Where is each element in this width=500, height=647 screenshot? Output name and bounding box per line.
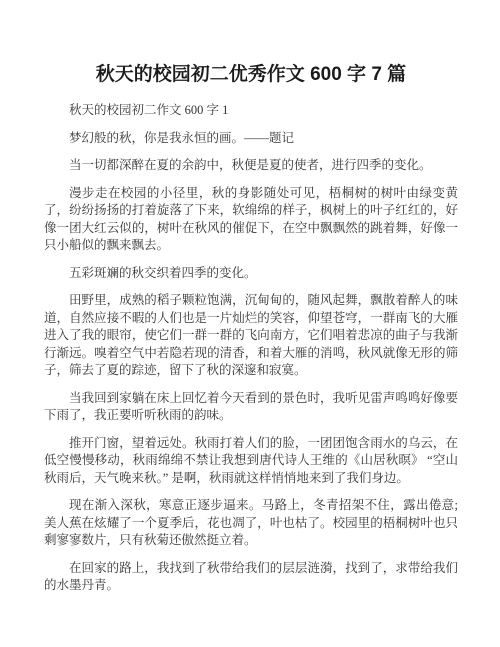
paragraph: 在回家的路上，我找到了秋带给我们的层层涟漪，找到了，求带给我们的水墨丹青。 — [44, 560, 458, 595]
document-title: 秋天的校园初二优秀作文 600 字 7 篇 — [44, 62, 458, 88]
paragraph: 当一切都深醉在夏的余韵中，秋便是夏的使者，进行四季的变化。 — [44, 157, 458, 175]
document-body: 秋天的校园初二作文 600 字 1 梦幻般的秋，你是我永恒的画。——题记 当一切… — [44, 102, 458, 595]
document-page: 秋天的校园初二优秀作文 600 字 7 篇 秋天的校园初二作文 600 字 1 … — [0, 0, 500, 647]
paragraph: 五彩斑斓的秋交织着四季的变化。 — [44, 265, 458, 283]
paragraph: 当我回到家躺在床上回忆着今天看到的景色时，我听见雷声鸣鸣好像要下雨了，我正要听听… — [44, 390, 458, 425]
paragraph-epigraph: 梦幻般的秋，你是我永恒的画。——题记 — [44, 130, 458, 148]
paragraph: 推开门窗，望着远处。秋雨打着人们的脸，一团团饱含雨水的乌云，在低空慢慢移动，秋雨… — [44, 435, 458, 488]
paragraph: 田野里，成熟的稻子颗粒饱满，沉甸甸的，随风起舞，飘散着醉人的味道，自然应接不暇的… — [44, 292, 458, 380]
paragraph: 现在渐入深秋，寒意正逐步逼来。马路上，冬青招架不住，露出倦意;美人蕉在炫耀了一个… — [44, 497, 458, 550]
paragraph: 漫步走在校园的小径里，秋的身影随处可见，梧桐树的树叶由绿变黄了，纷纷扬扬的打着旋… — [44, 185, 458, 255]
paragraph-essay-subtitle: 秋天的校园初二作文 600 字 1 — [44, 102, 458, 120]
